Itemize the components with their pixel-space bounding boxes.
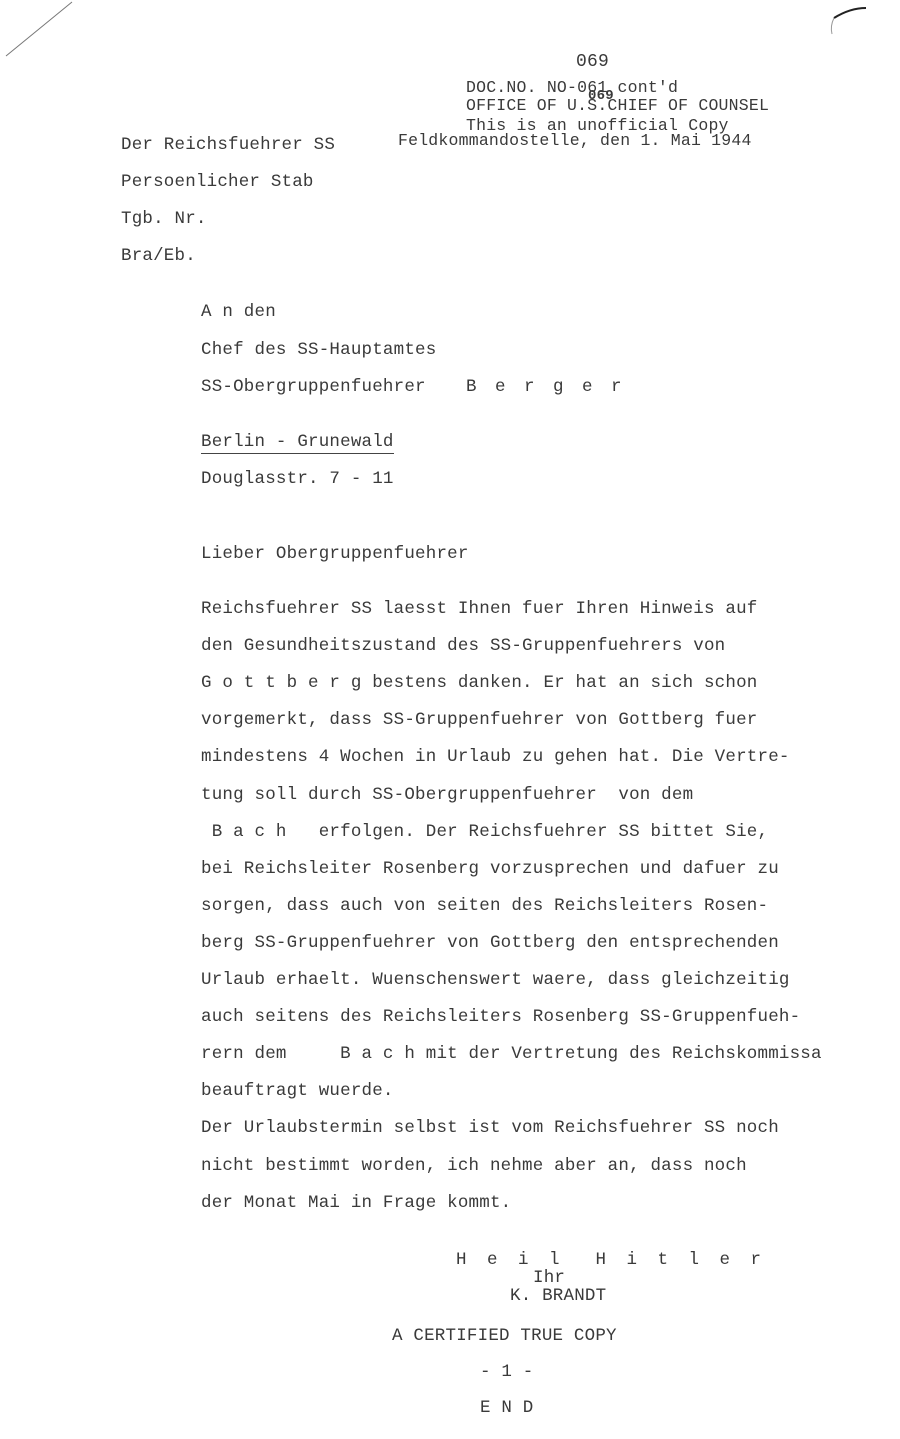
sender-line: Persoenlicher Stab <box>121 172 314 192</box>
body-line: der Monat Mai in Frage kommt. <box>201 1193 511 1213</box>
closing-ihr: Ihr <box>533 1268 565 1288</box>
body-line: Urlaub erhaelt. Wuenschenswert waere, da… <box>201 970 790 990</box>
sender-line: Bra/Eb. <box>121 246 196 266</box>
body-line: den Gesundheitszustand des SS-Gruppenfue… <box>201 636 725 656</box>
recipient-name: B e r g e r <box>466 377 626 397</box>
body-line: sorgen, dass auch von seiten des Reichsl… <box>201 896 768 916</box>
certification: A CERTIFIED TRUE COPY <box>392 1326 617 1346</box>
body-line: nicht bestimmt worden, ich nehme aber an… <box>201 1156 747 1176</box>
sender-line: Tgb. Nr. <box>121 209 207 229</box>
body-line: vorgemerkt, dass SS-Gruppenfuehrer von G… <box>201 710 758 730</box>
page-stamp: 069 <box>576 52 609 72</box>
recipient-street: Douglasstr. 7 - 11 <box>201 469 394 489</box>
body-line: beauftragt wuerde. <box>201 1081 394 1101</box>
sender-line: Der Reichsfuehrer SS <box>121 135 335 155</box>
body-line: mindestens 4 Wochen in Urlaub zu gehen h… <box>201 747 790 767</box>
place-date: Feldkommandostelle, den 1. Mai 1944 <box>398 132 752 149</box>
body-line: B a c h erfolgen. Der Reichsfuehrer SS b… <box>201 822 768 842</box>
pen-stroke-mark <box>0 0 900 80</box>
body-line: G o t t b e r g bestens danken. Er hat a… <box>201 673 758 693</box>
office-line: OFFICE OF U.S.CHIEF OF COUNSEL <box>466 97 769 114</box>
body-line: berg SS-Gruppenfuehrer von Gottberg den … <box>201 933 779 953</box>
recipient-office: Chef des SS-Hauptamtes <box>201 340 436 360</box>
page-number: - 1 - <box>480 1362 534 1382</box>
end-marker: E N D <box>480 1398 534 1418</box>
body-line: Reichsfuehrer SS laesst Ihnen fuer Ihren… <box>201 599 758 619</box>
body-line: auch seitens des Reichsleiters Rosenberg… <box>201 1007 800 1027</box>
closing-heil: H e i l H i t l e r <box>456 1250 766 1270</box>
body-line: Der Urlaubstermin selbst ist vom Reichsf… <box>201 1118 779 1138</box>
doc-number: DOC.NO. NO-061 cont'd <box>466 79 678 96</box>
body-line: rern dem B a c h mit der Vertretung des … <box>201 1044 822 1064</box>
greeting: Lieber Obergruppenfuehrer <box>201 544 469 564</box>
recipient-rank: SS-Obergruppenfuehrer <box>201 377 426 397</box>
body-line: bei Reichsleiter Rosenberg vorzusprechen… <box>201 859 779 879</box>
signature: K. BRANDT <box>510 1286 606 1306</box>
recipient-prefix: A n den <box>201 302 276 322</box>
recipient-city: Berlin - Grunewald <box>201 432 394 454</box>
body-line: tung soll durch SS-Obergruppenfuehrer vo… <box>201 785 693 805</box>
